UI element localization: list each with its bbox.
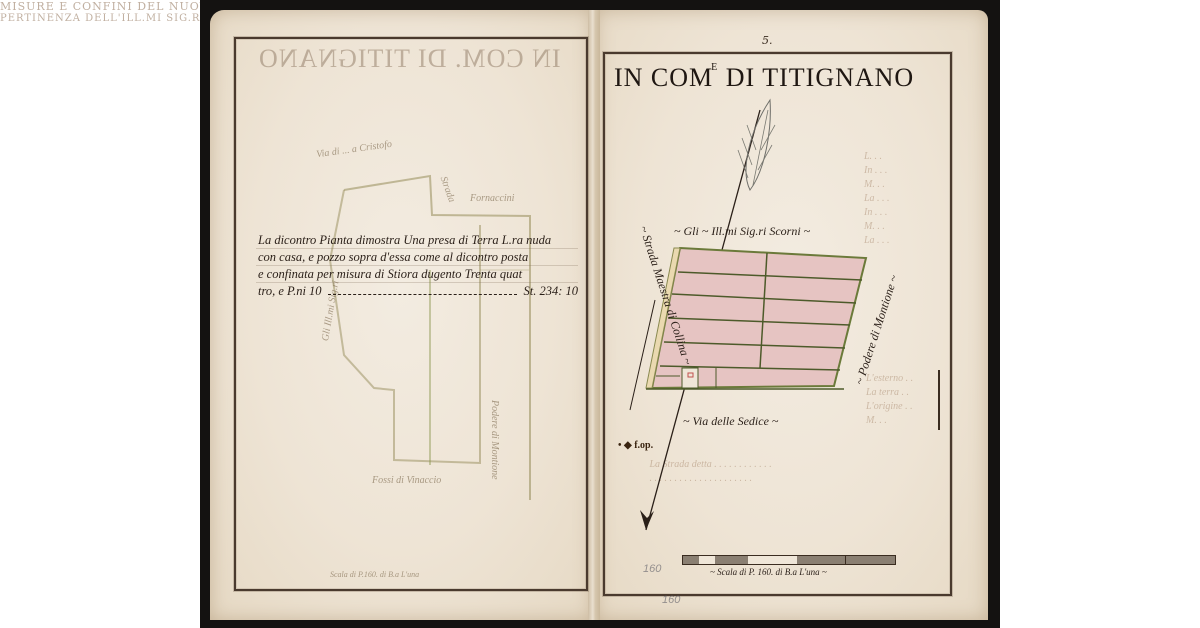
area-measure: St. 234: 10 (523, 283, 578, 300)
scale-segment (683, 556, 699, 564)
description-line-2: con casa, e pozzo sopra d'essa come al d… (258, 249, 578, 266)
scale-segment (715, 556, 731, 564)
faded-scale-caption: Scala di P.160. di B.a L'una (330, 570, 419, 579)
scale-caption: ~ Scala di P. 160. di B.a L'una ~ (710, 567, 827, 577)
description-line-3: e confinata per misura di Stiora dugento… (258, 266, 578, 283)
title-superscript: E (711, 62, 718, 73)
book-gutter (588, 10, 600, 620)
boundary-label-south: ~ Via delle Sedice ~ (683, 414, 778, 429)
plot-description: La dicontro Pianta dimostra Una presa di… (258, 232, 578, 300)
faded-label-fornaccini: Fornaccini (470, 193, 514, 204)
page-title: IN COME DI TITIGNANO (614, 62, 914, 93)
plot-map (600, 90, 960, 540)
description-line-4: tro, e P.ni 10 St. 234: 10 (258, 283, 578, 300)
scale-segment (699, 556, 715, 564)
scale-segment (748, 556, 797, 564)
description-line-4-text: tro, e P.ni 10 (258, 283, 322, 300)
margin-bracket (938, 370, 944, 430)
scale-segment (797, 556, 846, 564)
pencil-number: 160 (643, 563, 661, 575)
scale-bar (682, 555, 896, 565)
page-number: 5. (762, 34, 773, 47)
scale-segment (732, 556, 748, 564)
dash-leader (328, 283, 518, 295)
faded-label-podere: Podere di Montione (489, 400, 500, 480)
ink-stamp: • ◆ f.op. (618, 440, 653, 451)
scale-segment (845, 556, 895, 564)
left-faded-plot (234, 120, 584, 500)
title-part-1: IN COM (614, 63, 713, 92)
description-line-1: La dicontro Pianta dimostra Una presa di… (258, 232, 578, 249)
title-part-2: DI TITIGNANO (726, 63, 914, 92)
pencil-number: 160 (662, 594, 680, 606)
faded-label-fossi: Fossi di Vinaccio (372, 475, 441, 486)
boundary-label-north: ~ Gli ~ Ill.mi Sig.ri Scorni ~ (674, 224, 810, 239)
ghost-title-mirrored: IN COM. DI TITIGNANO (258, 44, 561, 74)
